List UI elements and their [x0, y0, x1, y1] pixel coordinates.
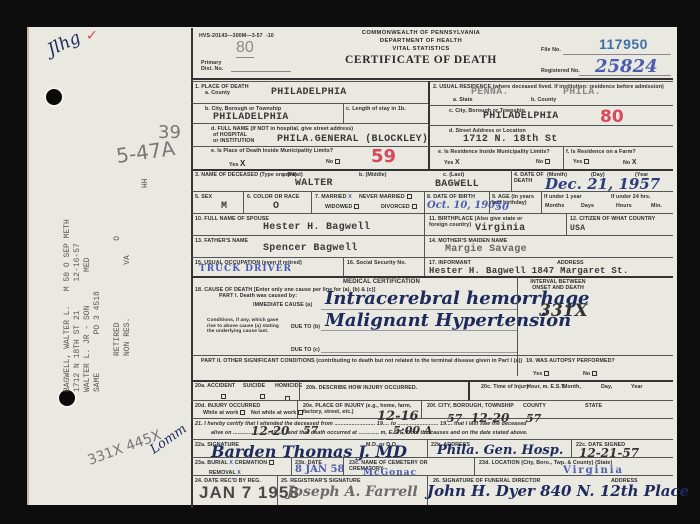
death-county: PHILADELPHIA — [271, 87, 347, 98]
date-of-birth: Oct. 10, 1907 — [427, 200, 502, 211]
farm-no[interactable]: No X — [623, 159, 637, 167]
residence-inside-yes[interactable]: Yes X — [444, 159, 460, 167]
margin-check-mark: ✓ — [86, 28, 98, 44]
due-to-b: Malignant Hypertension — [325, 310, 571, 331]
certificate-header: COMMONWEALTH OF PENNSYLVANIA DEPARTMENT … — [341, 30, 501, 66]
race: O — [273, 201, 279, 212]
deceased-last-name: BAGWELL — [435, 179, 479, 190]
residence-inside-no[interactable]: No — [536, 159, 550, 165]
death-inside-no[interactable]: No — [326, 159, 340, 165]
burial-date: 8 JAN 58 — [295, 464, 344, 475]
index-typed-block: BAGWELL, WALTER L. M 50 O SEP METH 1712 … — [63, 219, 103, 392]
agency-line-3: VITAL STATISTICS — [341, 46, 501, 54]
alive-on-date: 12-20 — [251, 424, 289, 438]
birthplace: Virginia — [475, 223, 525, 234]
widowed-checkbox[interactable]: WIDOWED — [325, 204, 359, 210]
index-side-code: HH — [141, 178, 151, 188]
occupation: TRUCK DRIVER — [199, 264, 292, 274]
citizenship: USA — [570, 224, 585, 233]
while-at-work[interactable]: While at work — [203, 410, 245, 416]
informant: Hester H. Bagwell 1847 Margaret St. — [429, 266, 629, 276]
residence-state: PENNA. — [471, 87, 509, 98]
county-label: a. County — [205, 90, 230, 96]
divorced-checkbox[interactable]: DIVORCED — [381, 204, 417, 210]
punch-hole — [59, 390, 75, 406]
father-name: Spencer Bagwell — [263, 243, 358, 254]
index-typed-block-2: RETIRED O NON RES. VA — [113, 236, 133, 356]
accident-checkbox[interactable] — [221, 394, 226, 399]
inside-limits-label: e. Is Place of Death Inside Municipality… — [211, 148, 333, 154]
agency-line-1: COMMONWEALTH OF PENNSYLVANIA — [341, 30, 501, 38]
agency-line-2: DEPARTMENT OF HEALTH — [341, 38, 501, 46]
death-inside-yes[interactable]: Yes X — [229, 159, 245, 168]
death-institution: PHILA.GENERAL (BLOCKLEY) — [277, 134, 428, 145]
usual-residence-label: 2. USUAL RESIDENCE (where deceased lived… — [433, 84, 664, 90]
cause-code: 331X — [539, 301, 588, 321]
spouse-name: Hester H. Bagwell — [263, 222, 370, 233]
medical-certification-heading: MEDICAL CERTIFICATION — [343, 279, 420, 286]
residence-city: PHILADELPHIA — [483, 111, 559, 122]
primary-dist-label: Primary Dist. No. — [201, 60, 229, 72]
attended-to-date: 12-20 — [471, 411, 509, 425]
residence-county: PHILA. — [563, 87, 601, 98]
burial-checkbox[interactable]: 23a. BURIAL X CREMATION — [195, 460, 274, 466]
alive-on-year: 57 — [303, 424, 318, 437]
file-number: 117950 — [599, 36, 648, 52]
cemetery-name: McGonac — [363, 468, 417, 478]
not-while-at-work[interactable]: Not while at work — [251, 410, 303, 416]
registrar-signature: Joseph A. Farrell — [287, 484, 418, 500]
residence-street: 1712 N. 18th St — [463, 134, 558, 145]
physician-address: Phila. Gen. Hosp. — [437, 443, 563, 458]
registered-no-label: Registered No. — [541, 68, 580, 74]
funeral-director-signature: John H. Dyer 840 N. 12th Place — [427, 482, 689, 500]
death-certificate-form: HVS-20143—300M—3-57 -10 80 Primary Dist.… — [191, 28, 676, 513]
file-no-label: File No. — [541, 47, 561, 53]
autopsy-no[interactable]: No — [583, 371, 597, 377]
autopsy-yes[interactable]: Yes — [533, 371, 549, 377]
certificate-title: CERTIFICATE OF DEATH — [341, 54, 501, 66]
date-received-stamp: JAN 7 1958 — [199, 483, 300, 503]
primary-dist-number: 80 — [236, 39, 254, 58]
sex: M — [221, 201, 227, 212]
married-checkbox[interactable]: 7. MARRIED X — [315, 194, 352, 200]
never-married-checkbox[interactable]: NEVER MARRIED — [359, 194, 412, 200]
punch-hole — [46, 89, 62, 105]
age: 50 — [495, 202, 509, 213]
deceased-first-name: WALTER — [295, 178, 333, 189]
attended-from-date: 12-16 — [377, 409, 419, 424]
place-margin-code: 59 — [371, 146, 396, 167]
death-time: 5:00 A — [393, 424, 432, 437]
registered-number: 25824 — [595, 56, 658, 77]
residence-margin-code: 80 — [600, 107, 624, 127]
farm-yes[interactable]: Yes — [573, 159, 589, 165]
length-of-stay-label: c. Length of stay in 1b. — [346, 106, 406, 112]
suicide-checkbox[interactable] — [260, 394, 265, 399]
attended-from-year: 57 — [447, 412, 462, 425]
death-city: PHILADELPHIA — [213, 112, 289, 123]
mother-maiden-name: Margie Savage — [445, 244, 527, 255]
attended-to-year: 57 — [526, 412, 541, 425]
